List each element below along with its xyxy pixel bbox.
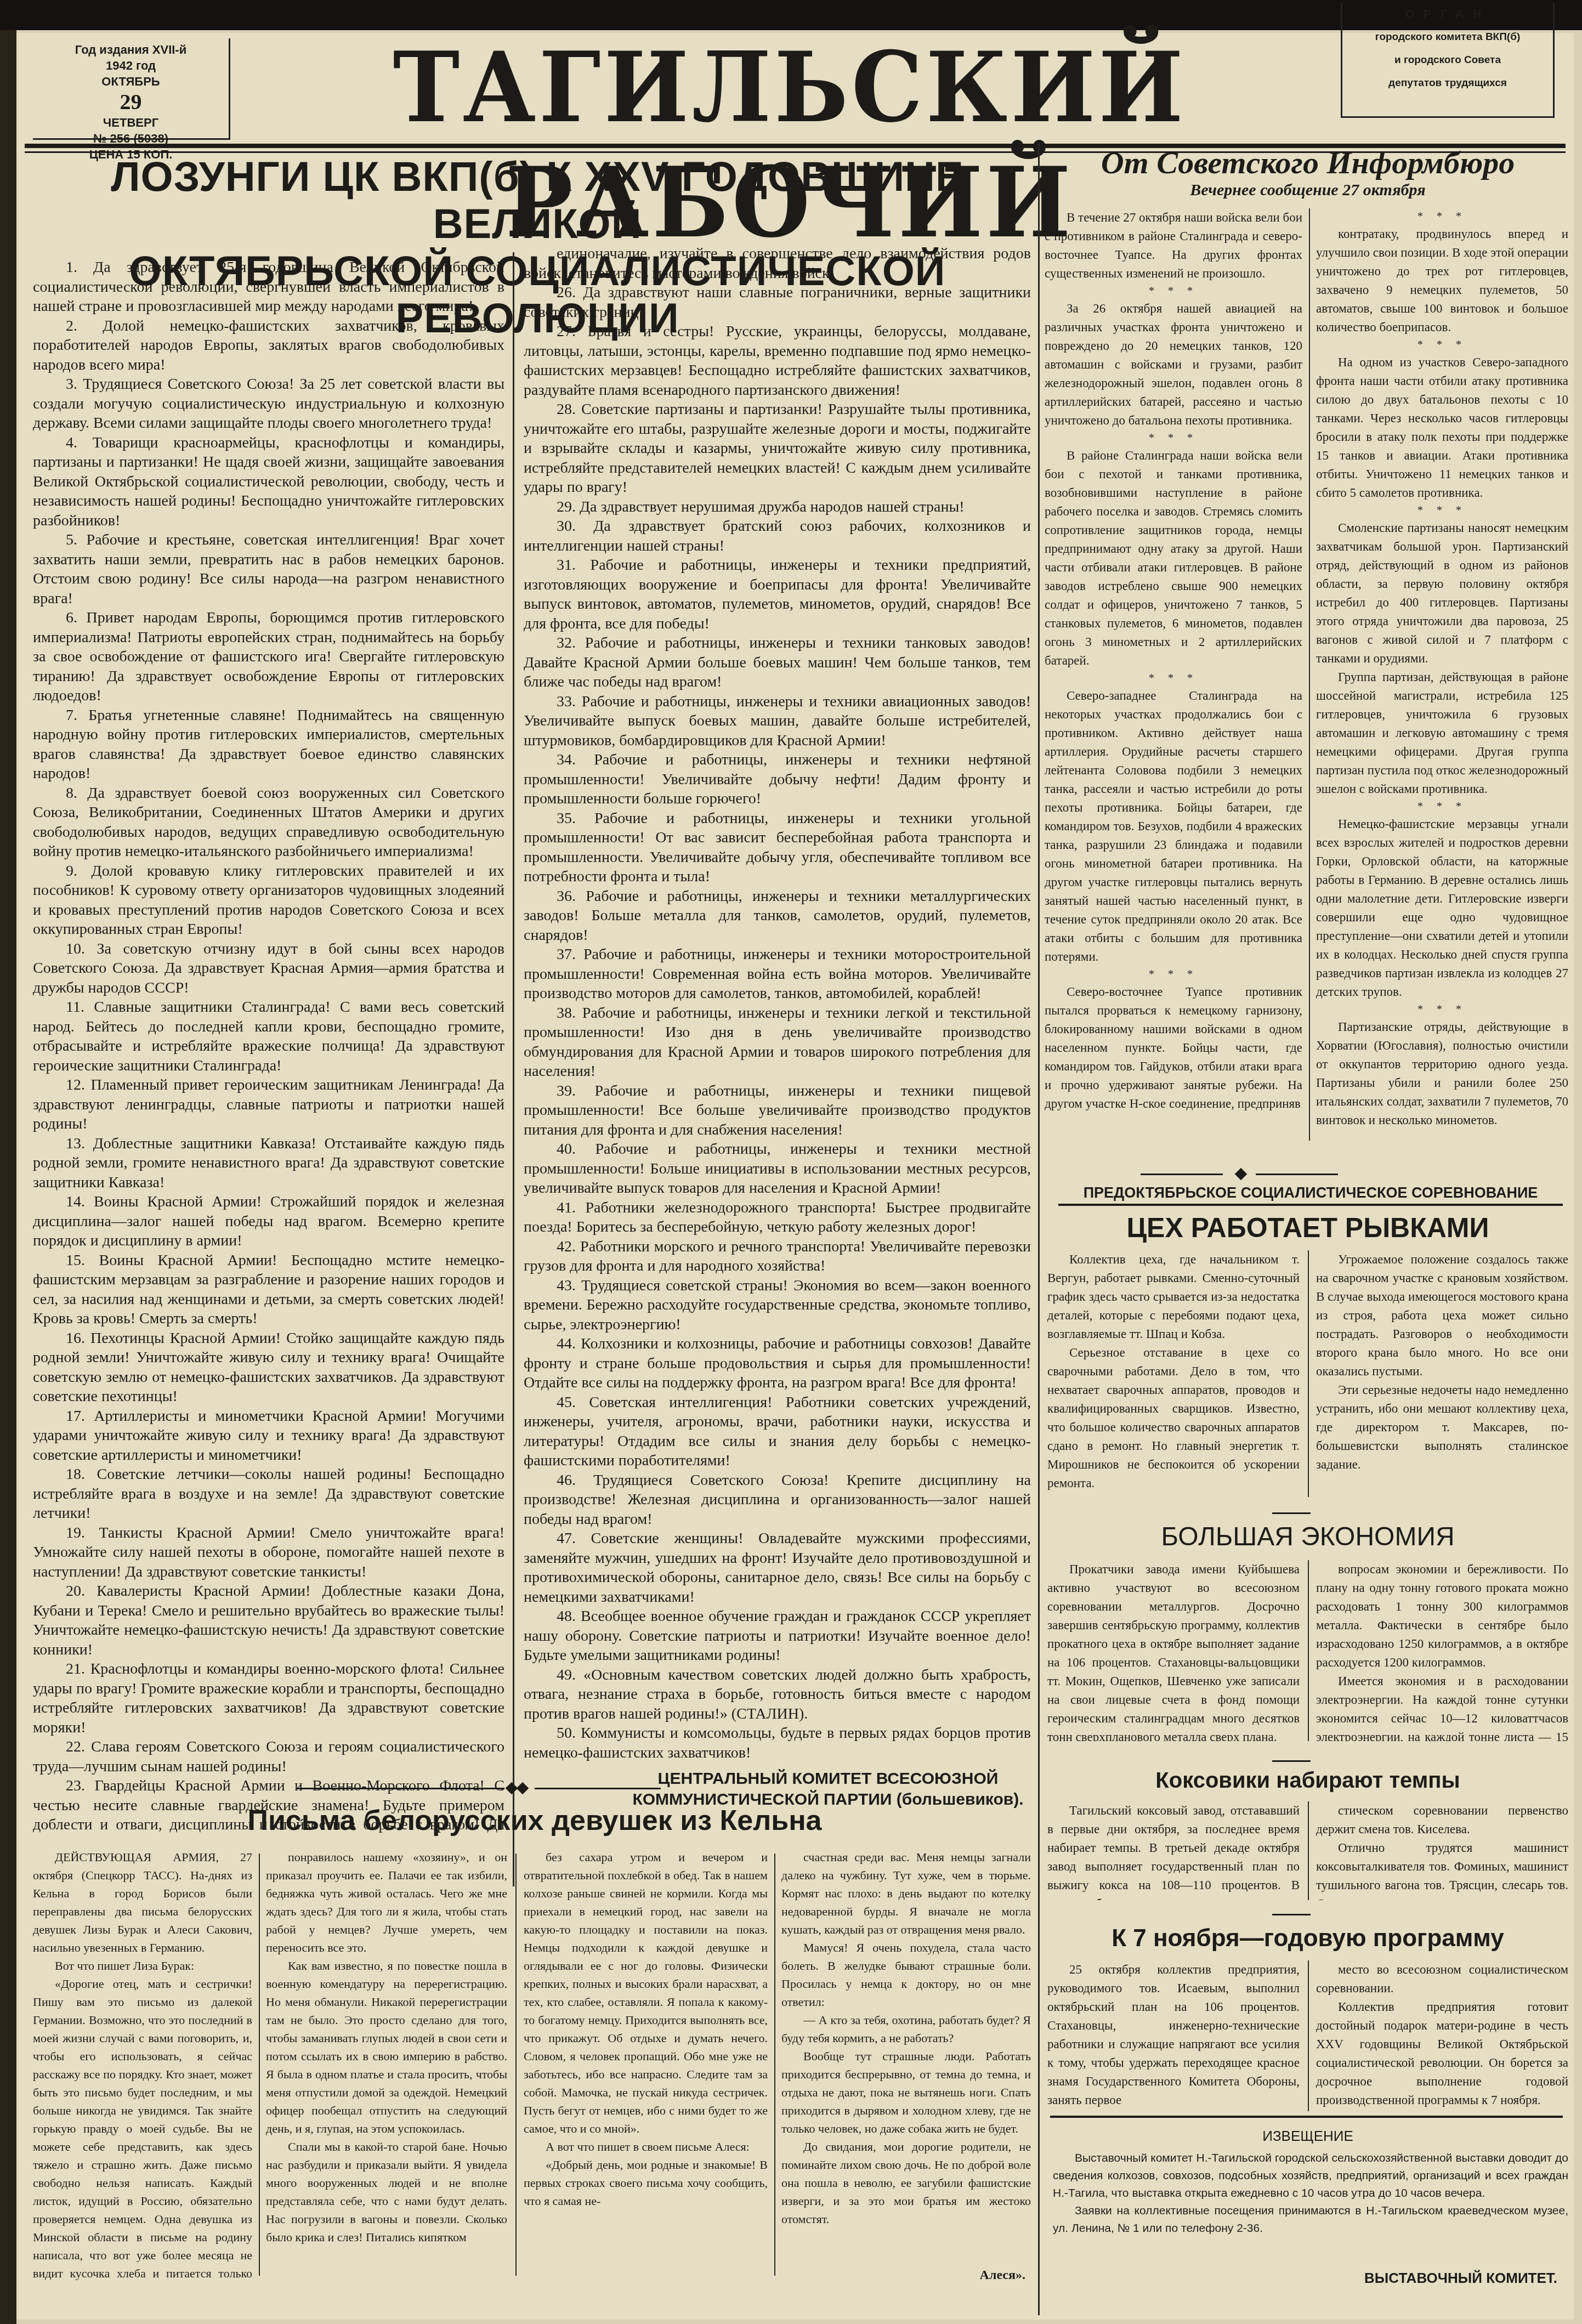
paragraph: 51. Да здравствует наша славная родина, … bbox=[524, 1762, 1031, 1763]
paragraph: Тагильский коксовый завод, отстававший в… bbox=[1047, 1801, 1300, 1900]
paragraph: 8. Да здравствует боевой союз вооруженны… bbox=[33, 784, 504, 861]
cc-signature-line-1: ЦЕНТРАЛЬНЫЙ КОМИТЕТ ВСЕСОЮЗНОЙ bbox=[620, 1768, 1036, 1789]
paragraph: 40. Рабочие и работницы, инженеры и техн… bbox=[524, 1140, 1031, 1198]
ornament-rule bbox=[535, 1788, 661, 1789]
paragraph: «Дорогие отец, мать и сестрички! Пишу ва… bbox=[33, 1975, 252, 2281]
paragraph: 50. Коммунисты и комсомольцы, будьте в п… bbox=[524, 1724, 1031, 1762]
paragraph: Как вам известно, я по повестке пошла в … bbox=[266, 1957, 507, 2138]
paragraph: 37. Рабочие и работницы, инженеры и техн… bbox=[524, 945, 1031, 1004]
binding-spine bbox=[0, 0, 16, 2324]
paragraph: 3. Трудящиеся Советского Союза! За 25 ле… bbox=[33, 375, 504, 433]
coke-column-1: Тагильский коксовый завод, отстававший в… bbox=[1047, 1801, 1300, 1900]
paragraph: До свидания, мои дорогие родители, не по… bbox=[781, 2138, 1031, 2228]
issue-weekday: ЧЕТВЕРГ bbox=[33, 115, 229, 131]
paragraph: 35. Рабочие и работницы, инженеры и техн… bbox=[524, 809, 1031, 887]
separator-stars: * * * bbox=[1316, 502, 1568, 519]
letters-headline: Письма белорусских девушек из Кельна bbox=[33, 1804, 1036, 1837]
paragraph: Серьезное отставание в цехе со сварочным… bbox=[1047, 1344, 1300, 1493]
paragraph: Спали мы в какой-то старой бане. Ночью н… bbox=[266, 2138, 507, 2246]
paragraph: Смоленские партизаны наносят немецким за… bbox=[1316, 519, 1568, 668]
ornament-rule bbox=[1256, 1174, 1338, 1175]
paragraph: 25 октября коллектив предприятия, руково… bbox=[1047, 1960, 1300, 2110]
ornament-rule bbox=[1141, 1174, 1223, 1175]
paragraph: 7. Братья угнетенные славяне! Поднимайте… bbox=[33, 706, 504, 784]
paragraph: 26. Да здравствуют наши славные погранич… bbox=[524, 283, 1031, 322]
paragraph: А вот что пишет в своем письме Алеся: bbox=[524, 2138, 768, 2156]
paragraph: 47. Советские женщины! Овладевайте мужск… bbox=[524, 1529, 1031, 1607]
paragraph: Отлично трудятся машинист коксовыталкива… bbox=[1316, 1839, 1568, 1900]
paragraph: ДЕЙСТВУЮЩАЯ АРМИЯ, 27 октября (Спецкорр … bbox=[33, 1848, 252, 1957]
competition-kicker: ПРЕДОКТЯБРЬСКОЕ СОЦИАЛИСТИЧЕСКОЕ СОРЕВНО… bbox=[1058, 1184, 1563, 1206]
slogans-left-column: 1. Да здравствует 25-я годовщина Великой… bbox=[33, 258, 504, 1837]
annual-program-column-2: место во всесоюзном социалистическом сор… bbox=[1316, 1960, 1568, 2111]
paragraph: 6. Привет народам Европы, борющимся прот… bbox=[33, 608, 504, 706]
paragraph: Имеется экономия и в расходовании электр… bbox=[1316, 1672, 1568, 1741]
paragraph: Вот что пишет Лиза Бурак: bbox=[33, 1957, 252, 1975]
organ-heading: ОРГАН bbox=[1342, 3, 1553, 26]
competition-column-1: Коллектив цеха, где начальником т. Вергу… bbox=[1047, 1250, 1300, 1497]
ornament-rule bbox=[1272, 1914, 1311, 1915]
separator-stars: * * * bbox=[1045, 966, 1302, 983]
paragraph: 9. Долой кровавую клику гитлеровских пра… bbox=[33, 861, 504, 939]
sovinformburo-title: От Советского Информбюро bbox=[1045, 144, 1571, 182]
column-divider bbox=[1308, 1560, 1309, 1741]
paragraph: Заявки на коллективные посещения принима… bbox=[1053, 2202, 1568, 2237]
notice-heading: ИЗВЕЩЕНИЕ bbox=[1045, 2128, 1571, 2145]
paragraph: 2. Долой немецко-фашистских захватчиков,… bbox=[33, 316, 504, 375]
paragraph: контратаку, продвинулось вперед и улучши… bbox=[1316, 225, 1568, 337]
paragraph: 39. Рабочие и работницы, инженеры и техн… bbox=[524, 1081, 1031, 1140]
paragraph: — А кто за тебя, охотина, работать будет… bbox=[781, 2011, 1031, 2047]
paragraph: Северо-восточнее Туапсе противник пыталс… bbox=[1045, 983, 1302, 1113]
paragraph: Группа партизан, действующая в районе шо… bbox=[1316, 668, 1568, 798]
paragraph: 16. Пехотинцы Красной Армии! Стойко защи… bbox=[33, 1329, 504, 1407]
paragraph: Вообще тут страшные люди. Работать прихо… bbox=[781, 2047, 1031, 2138]
organ-line-3: депутатов трудящихся bbox=[1342, 72, 1553, 95]
organ-box: ОРГАН городского комитета ВКП(б) и город… bbox=[1341, 3, 1555, 118]
issue-month: ОКТЯБРЬ bbox=[33, 73, 229, 89]
paragraph: 22. Слава героям Советского Союза и геро… bbox=[33, 1737, 504, 1776]
dateline-box: Год издания XVII-й 1942 год ОКТЯБРЬ 29 Ч… bbox=[33, 38, 230, 140]
organ-line-2: и городского Совета bbox=[1342, 49, 1553, 72]
paragraph: 29. Да здравствует нерушимая дружба наро… bbox=[524, 497, 1031, 517]
paragraph: 12. Пламенный привет героическим защитни… bbox=[33, 1075, 504, 1134]
paragraph: 48. Всеобщее военное обучение граждан и … bbox=[524, 1607, 1031, 1665]
ornament-rule bbox=[1272, 1512, 1311, 1514]
paragraph: 28. Советские партизаны и партизанки! Ра… bbox=[524, 400, 1031, 497]
paragraph: В районе Сталинграда наши войска вели бо… bbox=[1045, 446, 1302, 670]
paragraph: В течение 27 октября наши войска вели бо… bbox=[1045, 208, 1302, 283]
paragraph: 4. Товарищи красноармейцы, краснофлотцы … bbox=[33, 433, 504, 531]
separator-stars: * * * bbox=[1045, 430, 1302, 446]
paragraph: без сахара утром и вечером и отвратитель… bbox=[524, 1848, 768, 2138]
paragraph: 43. Трудящиеся советской страны! Экономи… bbox=[524, 1276, 1031, 1335]
notice-rule bbox=[1050, 2116, 1563, 2118]
paragraph: 32. Рабочие и работницы, инженеры и техн… bbox=[524, 633, 1031, 692]
separator-stars: * * * bbox=[1316, 1001, 1568, 1018]
paragraph: 17. Артиллеристы и минометчики Красной А… bbox=[33, 1407, 504, 1465]
paragraph: место во всесоюзном социалистическом сор… bbox=[1316, 1960, 1568, 1998]
year-of-issue: Год издания XVII-й bbox=[33, 42, 229, 58]
paragraph: 31. Рабочие и работницы, инженеры и техн… bbox=[524, 556, 1031, 633]
annual-program-column-1: 25 октября коллектив предприятия, руково… bbox=[1047, 1960, 1300, 2111]
paragraph: «Добрый день, мои родные и знакомые! В п… bbox=[524, 2156, 768, 2210]
paragraph: 36. Рабочие и работницы, инженеры и техн… bbox=[524, 887, 1031, 945]
paragraph: 41. Работники железнодорожного транспорт… bbox=[524, 1198, 1031, 1237]
paragraph: счастная среди вас. Меня немцы загнали д… bbox=[781, 1848, 1031, 1938]
paragraph: 5. Рабочие и крестьяне, советская интелл… bbox=[33, 530, 504, 608]
column-divider bbox=[515, 1853, 517, 2276]
column-divider bbox=[1308, 1960, 1309, 2111]
separator-stars: * * * bbox=[1316, 208, 1568, 225]
issue-day: 29 bbox=[33, 89, 229, 115]
paragraph: вопросам экономии и бережливости. По пла… bbox=[1316, 1560, 1568, 1672]
paragraph: 18. Советские летчики—соколы нашей родин… bbox=[33, 1465, 504, 1523]
separator-stars: * * * bbox=[1045, 670, 1302, 687]
paragraph: Коллектив предприятия готовит достойный … bbox=[1316, 1998, 1568, 2110]
letters-column-1: ДЕЙСТВУЮЩАЯ АРМИЯ, 27 октября (Спецкорр … bbox=[33, 1848, 252, 2281]
paragraph: 20. Кавалеристы Красной Армии! Доблестны… bbox=[33, 1582, 504, 1659]
paragraph: Северо-западнее Сталинграда на некоторых… bbox=[1045, 687, 1302, 966]
paragraph: На одном из участков Северо-западного фр… bbox=[1316, 353, 1568, 502]
organ-line-1: городского комитета ВКП(б) bbox=[1342, 26, 1553, 49]
separator-stars: * * * bbox=[1316, 337, 1568, 353]
annual-program-headline: К 7 ноября—годовую программу bbox=[1045, 1925, 1571, 1952]
column-divider bbox=[259, 1853, 260, 2276]
column-divider bbox=[1308, 1801, 1309, 1900]
letters-column-4: счастная среди вас. Меня немцы загнали д… bbox=[781, 1848, 1031, 2265]
paragraph: 49. «Основным качеством советских людей … bbox=[524, 1665, 1031, 1724]
paragraph: Немецко-фашистские мерзавцы угнали всех … bbox=[1316, 815, 1568, 1001]
paragraph: Прокатчики завода имени Куйбышева активн… bbox=[1047, 1560, 1300, 1741]
right-section-divider bbox=[1038, 144, 1040, 2315]
sovinformburo-column-2: * * *контратаку, продвинулось вперед и у… bbox=[1316, 208, 1568, 1141]
paragraph: 38. Рабочие и работницы, инженеры и техн… bbox=[524, 1004, 1031, 1081]
paragraph: стическом соревновании первенство держит… bbox=[1316, 1801, 1568, 1839]
economy-column-2: вопросам экономии и бережливости. По пла… bbox=[1316, 1560, 1568, 1741]
paragraph: Партизанские отряды, действующие в Хорва… bbox=[1316, 1018, 1568, 1130]
letter-signature: Алеся». bbox=[877, 2265, 1025, 2286]
paragraph: Эти серьезные недочеты надо немедленно у… bbox=[1316, 1381, 1568, 1474]
paragraph: Угрожаемое положение создалось также на … bbox=[1316, 1250, 1568, 1381]
paragraph: 19. Танкисты Красной Армии! Смело уничто… bbox=[33, 1523, 504, 1582]
coke-column-2: стическом соревновании первенство держит… bbox=[1316, 1801, 1568, 1900]
letters-column-2: понравилось нашему «хозяину», и он прика… bbox=[266, 1848, 507, 2281]
coke-headline: Коксовики набирают темпы bbox=[1045, 1768, 1571, 1793]
sovinformburo-column-1: В течение 27 октября наши войска вели бо… bbox=[1045, 208, 1302, 1141]
column-divider bbox=[1308, 1250, 1309, 1497]
paragraph: 30. Да здравствует братский союз рабочих… bbox=[524, 517, 1031, 556]
paragraph: 45. Советская интеллигенция! Работники с… bbox=[524, 1393, 1031, 1471]
separator-stars: * * * bbox=[1316, 798, 1568, 815]
paragraph: 42. Работники морского и речного транспо… bbox=[524, 1237, 1031, 1276]
paragraph: 11. Славные защитники Сталинграда! С вам… bbox=[33, 997, 504, 1075]
paragraph: 44. Колхозники и колхозницы, рабочие и р… bbox=[524, 1334, 1031, 1393]
notice-signature: ВЫСТАВОЧНЫЙ КОМИТЕТ. bbox=[1316, 2268, 1557, 2288]
column-divider bbox=[1309, 208, 1310, 1141]
competition-headline: ЦЕХ РАБОТАЕТ РЫВКАМИ bbox=[1045, 1212, 1571, 1244]
newspaper-title: ТАГИЛЬСКИЙ РАБОЧИЙ bbox=[295, 30, 1284, 145]
notice-body: Выставочный комитет Н.-Тагильской городс… bbox=[1053, 2150, 1568, 2259]
ornament-rule bbox=[1272, 1760, 1311, 1762]
sovinformburo-subtitle: Вечернее сообщение 27 октября bbox=[1045, 181, 1571, 200]
paragraph: 13. Доблестные защитники Кавказа! Отстаи… bbox=[33, 1134, 504, 1193]
paragraph: 1. Да здравствует 25-я годовщина Великой… bbox=[33, 258, 504, 316]
paragraph: Мамуся! Я очень похудела, стала часто бо… bbox=[781, 1938, 1031, 2011]
letters-column-3: без сахара утром и вечером и отвратитель… bbox=[524, 1848, 768, 2281]
paragraph: 46. Трудящиеся Советского Союза! Крепите… bbox=[524, 1471, 1031, 1529]
economy-headline: БОЛЬШАЯ ЭКОНОМИЯ bbox=[1045, 1522, 1571, 1552]
paragraph: Выставочный комитет Н.-Тагильской городс… bbox=[1053, 2150, 1568, 2202]
economy-column-1: Прокатчики завода имени Куйбышева активн… bbox=[1047, 1560, 1300, 1741]
column-divider bbox=[774, 1853, 775, 2276]
competition-column-2: Угрожаемое положение создалось также на … bbox=[1316, 1250, 1568, 1497]
slogans-middle-column: единоначалие, изучайте в совершенстве де… bbox=[524, 244, 1031, 1763]
ornament-rule bbox=[296, 1788, 504, 1789]
paragraph: 33. Рабочие и работницы, инженеры и техн… bbox=[524, 692, 1031, 751]
paragraph: 27. Братья и сестры! Русские, украинцы, … bbox=[524, 322, 1031, 400]
column-divider bbox=[513, 252, 514, 1886]
paragraph: 14. Воины Красной Армии! Строжайший поря… bbox=[33, 1192, 504, 1251]
paragraph: 15. Воины Красной Армии! Беспощадно мсти… bbox=[33, 1251, 504, 1329]
paragraph: За 26 октября нашей авиацией на различны… bbox=[1045, 299, 1302, 430]
paragraph: 21. Краснофлотцы и командиры военно-морс… bbox=[33, 1659, 504, 1737]
slogans-headline-line-1: ЛОЗУНГИ ЦК ВКП(б) К XXV ГОДОВЩИНЕ ВЕЛИКО… bbox=[33, 154, 1042, 248]
paragraph: понравилось нашему «хозяину», и он прика… bbox=[266, 1848, 507, 1957]
paragraph: единоначалие, изучайте в совершенстве де… bbox=[524, 244, 1031, 283]
separator-stars: * * * bbox=[1045, 283, 1302, 299]
paragraph: 34. Рабочие и работницы, инженеры и техн… bbox=[524, 750, 1031, 809]
paragraph: 10. За советскую отчизну идут в бой сыны… bbox=[33, 939, 504, 998]
paragraph: Коллектив цеха, где начальником т. Вергу… bbox=[1047, 1250, 1300, 1344]
issue-year: 1942 год bbox=[33, 58, 229, 73]
